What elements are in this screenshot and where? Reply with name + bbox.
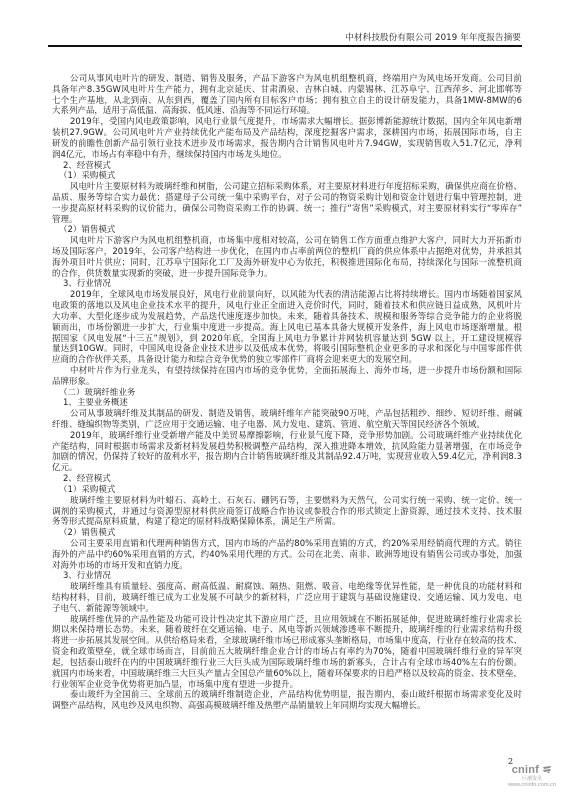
text-line: 务等形式提高原料质量，构建了稳定的原材料战略保障体系，满足生产所需。	[52, 516, 522, 527]
text-line: 海外的产品中约60%采用直销的方式，约40%采用代理的方式。公司在北美、南非、欧…	[52, 549, 522, 560]
watermark-url: www.cninfo.com.cn	[499, 782, 565, 789]
text-line: 调剂的采购模式，并通过与资源型原材料供应商签订战略合作协议或参股合作的形式锁定上…	[52, 506, 522, 517]
text-line: 管理。	[52, 214, 522, 225]
cninfo-watermark: cninf 巨潮资讯 www.cninfo.com.cn	[499, 765, 565, 789]
text-line: 对海外市场的市场开发和直销力度。	[52, 560, 522, 571]
text-line: 量达到10GW。同时，中国风电设备企业技术进步以及低成本优势，将吸引国际整机企业…	[52, 343, 522, 354]
text-line: 2019年，玻璃纤维行业受新增产能及中美贸易摩擦影响，行业景气度下降，竞争形势加…	[52, 430, 522, 441]
text-line: 公司主要采用直销和代理两种销售方式，国内市场的产品约80%采用直销的方式，约20…	[52, 538, 522, 549]
text-line: 中材叶片作为行业龙头，有望持续保持在国内市场的竞争优势，全面拓展海上、海外市场，…	[52, 365, 522, 376]
text-line: 一步提高原材料采购的议价能力，确保公司物资采购工作的协调、统一；推行“寄售”采购…	[52, 203, 522, 214]
text-line: （1）采购模式	[52, 484, 522, 495]
text-line: 公司从事风电叶片的研发、制造、销售及服务，产品下游客户为风电机组整机商，终端用户…	[52, 73, 522, 84]
cninfo-logo-icon	[542, 765, 552, 774]
text-line: 润4亿元，市场占有率稳中有升，继续保持国内市场龙头地位。	[52, 149, 522, 160]
text-line: 公司从事玻璃纤维及其制品的研发、制造及销售，玻璃纤维年产能突破90万吨，产品包括…	[52, 408, 522, 419]
text-line: （2）销售模式	[52, 224, 522, 235]
text-line: 亿元。	[52, 462, 522, 473]
text-line: 大功率、大型化逐步成为发展趋势，产品迭代速度逐步加快。未来，随着具备技术、规模和…	[52, 311, 522, 322]
text-line: 玻璃纤维具有质量轻、强度高、耐高低温、耐腐蚀、隔热、阻燃、吸音、电绝缘等优异性能…	[52, 581, 522, 592]
text-line: 结构材料，目前，玻璃纤维已成为工业发展不可缺少的新材料，广泛应用于建筑与基础设施…	[52, 592, 522, 603]
text-line: 3、行业情况	[52, 570, 522, 581]
text-line: 具备年产8.35GW风电叶片生产能力，拥有北京延庆、甘肃酒泉、吉林白城、内蒙锡林…	[52, 84, 522, 95]
text-line: 品牌形象。	[52, 376, 522, 387]
text-line: 海外项目叶片供应；同时，江苏阜宁国际化工厂及海外研发中心为依托，积极推进国际化布…	[52, 257, 522, 268]
text-line: 起，包括泰山玻纤在内的中国玻璃纤维行业三大巨头成为国际玻璃纤维市场的新寡头，合计…	[52, 657, 522, 668]
report-header-title: 中材科技股份有限公司 2019 年年度报告摘要	[345, 33, 521, 43]
text-line: 子电气、新能源等领域中。	[52, 603, 522, 614]
text-line: 电政策的落地以及风电企业技术水平的提升，风电行业正全面进入竞价时代，同时，随着技…	[52, 300, 522, 311]
text-line: 的合作，供货数量实现新的突破，进一步提升国际竞争力。	[52, 268, 522, 279]
text-line: 泰山玻纤为全国前三、全球前五的玻璃纤维制造企业，产品结构优势明显，报告期内，泰山…	[52, 689, 522, 700]
text-line: 期以来保持增长态势。未来，随着玻纤在交通运输、电子、风电等新兴领域渗透率不断提升…	[52, 624, 522, 635]
text-line: 2、经营模式	[52, 160, 522, 171]
text-line: （2）销售模式	[52, 527, 522, 538]
text-line: 行业领军企业竞争优势将更加凸显，市场集中度有望进一步提升。	[52, 679, 522, 690]
text-line: 资金和政策壁垒，就全球市场而言，目前前五大玻璃纤维企业合计的市场占有率约为70%…	[52, 646, 522, 657]
report-body: 公司从事风电叶片的研发、制造、销售及服务，产品下游客户为风电机组整机商，终端用户…	[52, 73, 522, 711]
text-line: 应商的合作伙伴关系，具备设计能力和综合竞争优势的独立零部件厂商将会迎来更大的发展…	[52, 354, 522, 365]
text-line: 玻璃纤维主要原材料为叶蜡石、高岭土、石灰石、硼钙石等，主要燃料为天然气，公司实行…	[52, 495, 522, 506]
text-line: 据国家《风电发展“十三五”规划》，到 2020年底，全国海上风电力争累计并网装机…	[52, 333, 522, 344]
text-line: 品质、服务等综合实力最优；搭建母子公司统一集中采购平台，对子公司的物资采购计划和…	[52, 192, 522, 203]
text-line: 风电叶片下游客户为风电机组整机商，市场集中度相对较高，公司在销售工作方面重点维护…	[52, 235, 522, 246]
text-line: 1、主要业务概述	[52, 397, 522, 408]
watermark-brand: cninf	[512, 764, 539, 776]
text-line: 装机27.9GW。公司风电叶片产业持续优化产能布局及产品结构，深度挖掘客户需求，…	[52, 127, 522, 138]
text-line: 2、经营模式	[52, 473, 522, 484]
watermark-brand-row: cninf	[499, 765, 565, 776]
header-divider	[48, 45, 522, 47]
text-line: 大系列产品，适用于高低温、高海拔、低风速、沿海等不同运行环境。	[52, 105, 522, 116]
text-line: 2019年，受国内风电政策影响，风电行业景气度提升，市场需求大幅增长。据彭博新能…	[52, 116, 522, 127]
text-line: 七个生产基地，从北到南、从东到西，覆盖了国内所有目标客户市场；拥有独立自主的设计…	[52, 95, 522, 106]
text-line: 调整产品结构，风电纱及风电织物、高强高模玻璃纤维及热塑产品销量较上年同期均实现大…	[52, 700, 522, 711]
text-line: 玻璃纤维优异的产品性能及功能可设计性决定其下游应用广泛，且应用领域在不断拓展延伸…	[52, 614, 522, 625]
text-line: （二）玻璃纤维业务	[52, 387, 522, 398]
text-line: （1）采购模式	[52, 170, 522, 181]
text-line: 2019年，全球风电市场发展良好，风电行业前景向好，以风能为代表的清洁能源占比将…	[52, 289, 522, 300]
text-line: 纤维、缝编织物等类别，广泛应用于交通运输、电子电器、风力发电、建筑、管道、航空航…	[52, 419, 522, 430]
text-line: 研发的前瞻性创新产品引领行业技术进步及市场需求，报告期内合计销售风电叶片7.94…	[52, 138, 522, 149]
text-line: 颖而出，市场份额进一步扩大，行业集中度进一步提高。海上风电已基本具备大规模开发条…	[52, 322, 522, 333]
text-line: 产能结构，同时根据市场需求及新材料发展趋势积极调整产品结构，深入推进降本增效，抗…	[52, 441, 522, 452]
text-line: 将进一步拓展其发展空间。从供给格局来看，全球玻璃纤维市场已形成寡头垄断格局，市场…	[52, 635, 522, 646]
text-line: 就国内市场来看，中国玻璃纤维三大巨头产量占全国总产量60%以上，随着环保要求的日…	[52, 668, 522, 679]
text-line: 加剧的情况，仍保持了较好的盈利水平，报告期内合计销售玻璃纤维及其制品92.4万吨…	[52, 451, 522, 462]
text-line: 风电叶片主要原材料为玻璃纤维和树脂，公司建立招标采购体系，对主要原材料进行年度招…	[52, 181, 522, 192]
text-line: 3、行业情况	[52, 278, 522, 289]
text-line: 场及国际客户，2019年，公司客户结构进一步优化，在国内市占率前两位的整机厂商的…	[52, 246, 522, 257]
